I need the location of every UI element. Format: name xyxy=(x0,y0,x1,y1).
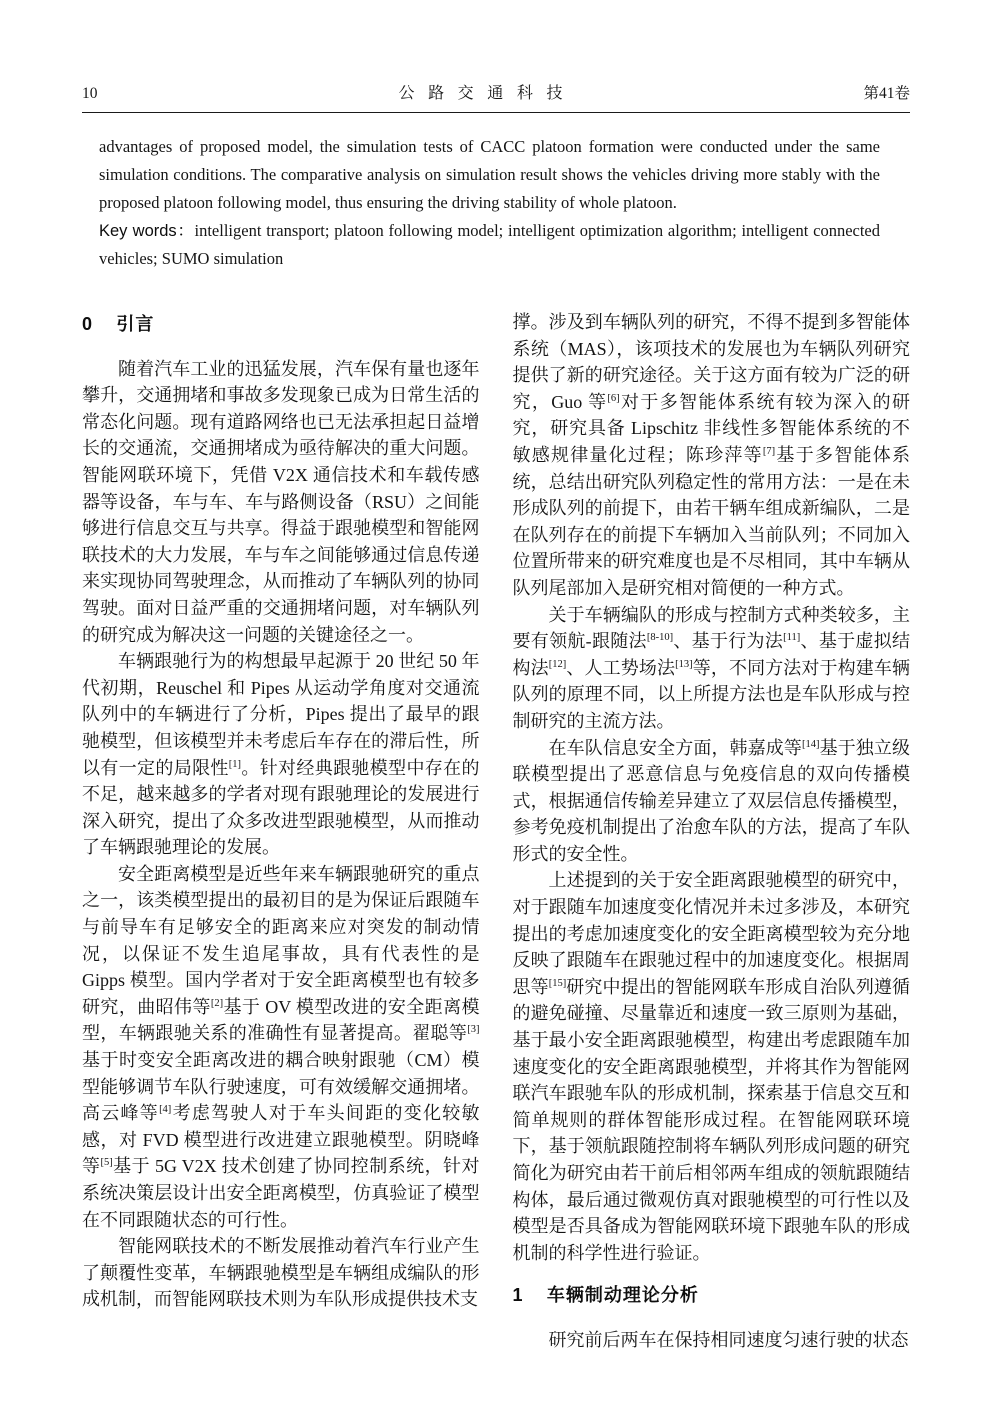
reference-superscript: [7] xyxy=(763,446,775,457)
reference-superscript: [3] xyxy=(467,1024,479,1035)
body-paragraph: 撑。涉及到车辆队列的研究，不得不提到多智能体系统（MAS），该项技术的发展也为车… xyxy=(513,309,911,602)
reference-superscript: [8-10] xyxy=(647,632,673,643)
right-column: 撑。涉及到车辆队列的研究，不得不提到多智能体系统（MAS），该项技术的发展也为车… xyxy=(513,309,911,1354)
reference-superscript: [15] xyxy=(549,978,567,989)
reference-superscript: [4] xyxy=(159,1104,171,1115)
section-heading: 0引言 xyxy=(82,311,480,338)
body-paragraph: 随着汽车工业的迅猛发展，汽车保有量也逐年攀升，交通拥堵和事故多发现象已成为日常生… xyxy=(82,356,480,649)
body-paragraph: 智能网联技术的不断发展推动着汽车行业产生了颠覆性变革，车辆跟驰模型是车辆组成编队… xyxy=(82,1233,480,1313)
body-paragraph: 在车队信息安全方面，韩嘉成等[14]基于独立级联模型提出了恶意信息与免疫信息的双… xyxy=(513,735,911,868)
keywords-text: intelligent transport; platoon following… xyxy=(99,221,880,268)
paper-page: 10 公路交通科技 第41卷 advantages of proposed mo… xyxy=(0,0,992,1403)
article-body: 0引言随着汽车工业的迅猛发展，汽车保有量也逐年攀升，交通拥堵和事故多发现象已成为… xyxy=(82,309,910,1354)
section-title: 引言 xyxy=(116,314,154,334)
page-number: 10 xyxy=(82,84,98,104)
reference-superscript: [6] xyxy=(607,393,619,404)
keywords-label: Key words： xyxy=(99,222,195,240)
abstract-continuation: advantages of proposed model, the simula… xyxy=(99,133,880,217)
body-paragraph: 安全距离模型是近些年来车辆跟驰研究的重点之一，该类模型提出的最初目的是为保证后跟… xyxy=(82,861,480,1233)
section-title: 车辆制动理论分析 xyxy=(547,1285,699,1305)
reference-superscript: [14] xyxy=(802,739,820,750)
left-column: 0引言随着汽车工业的迅猛发展，汽车保有量也逐年攀升，交通拥堵和事故多发现象已成为… xyxy=(82,309,480,1354)
header-rule xyxy=(82,112,910,113)
reference-superscript: [5] xyxy=(100,1157,112,1168)
body-paragraph: 关于车辆编队的形成与控制方式种类较多，主要有领航-跟随法[8-10]、基于行为法… xyxy=(513,602,911,735)
reference-superscript: [13] xyxy=(675,659,693,670)
journal-title: 公路交通科技 xyxy=(398,84,576,104)
body-paragraph: 研究前后两车在保持相同速度匀速行驶的状态 xyxy=(513,1327,911,1354)
section-number: 1 xyxy=(513,1285,524,1305)
section-number: 0 xyxy=(82,314,93,334)
reference-superscript: [12] xyxy=(549,659,567,670)
keywords-paragraph: Key words：intelligent transport; platoon… xyxy=(99,217,880,273)
body-paragraph: 上述提到的关于安全距离跟驰模型的研究中，对于跟随车加速度变化情况并未过多涉及，本… xyxy=(513,867,911,1266)
running-header: 10 公路交通科技 第41卷 xyxy=(82,84,910,104)
reference-superscript: [11] xyxy=(783,632,800,643)
body-paragraph: 车辆跟驰行为的构想最早起源于 20 世纪 50 年代初期，Reuschel 和 … xyxy=(82,648,480,861)
abstract-block: advantages of proposed model, the simula… xyxy=(99,133,880,273)
section-heading: 1车辆制动理论分析 xyxy=(513,1282,911,1309)
volume-label: 第41卷 xyxy=(863,84,910,104)
reference-superscript: [1] xyxy=(229,759,241,770)
reference-superscript: [2] xyxy=(211,998,223,1009)
